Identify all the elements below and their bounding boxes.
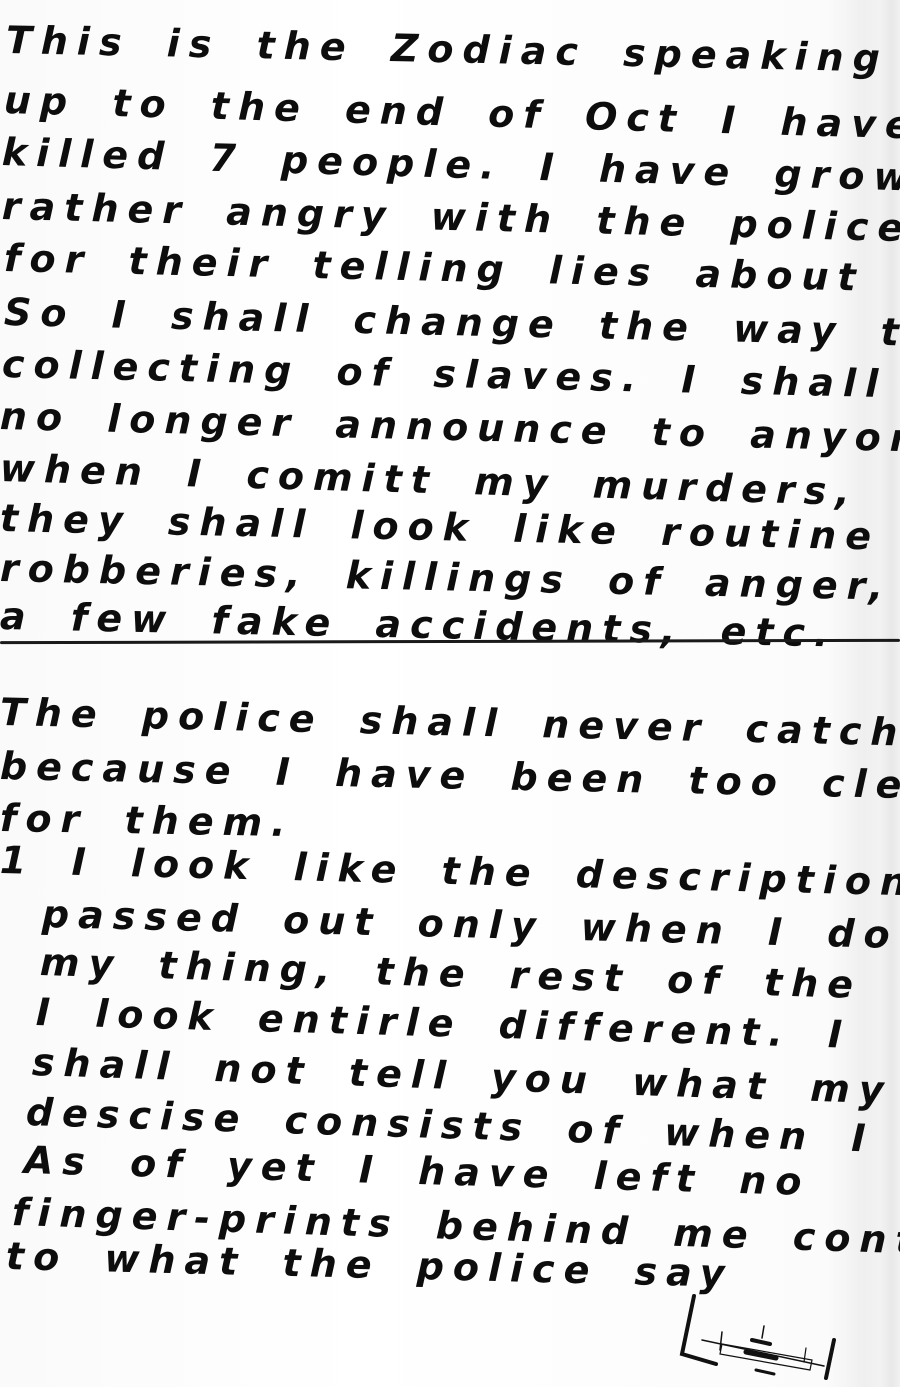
scan-edge-shadow [880,0,900,1387]
letter-line: for them. [0,796,295,845]
letter-line: This is the Zodiac speaking [6,18,890,80]
zodiac-crossed-symbol-icon [676,1290,846,1380]
handwritten-letter: This is the Zodiac speaking up to the en… [0,0,900,1387]
